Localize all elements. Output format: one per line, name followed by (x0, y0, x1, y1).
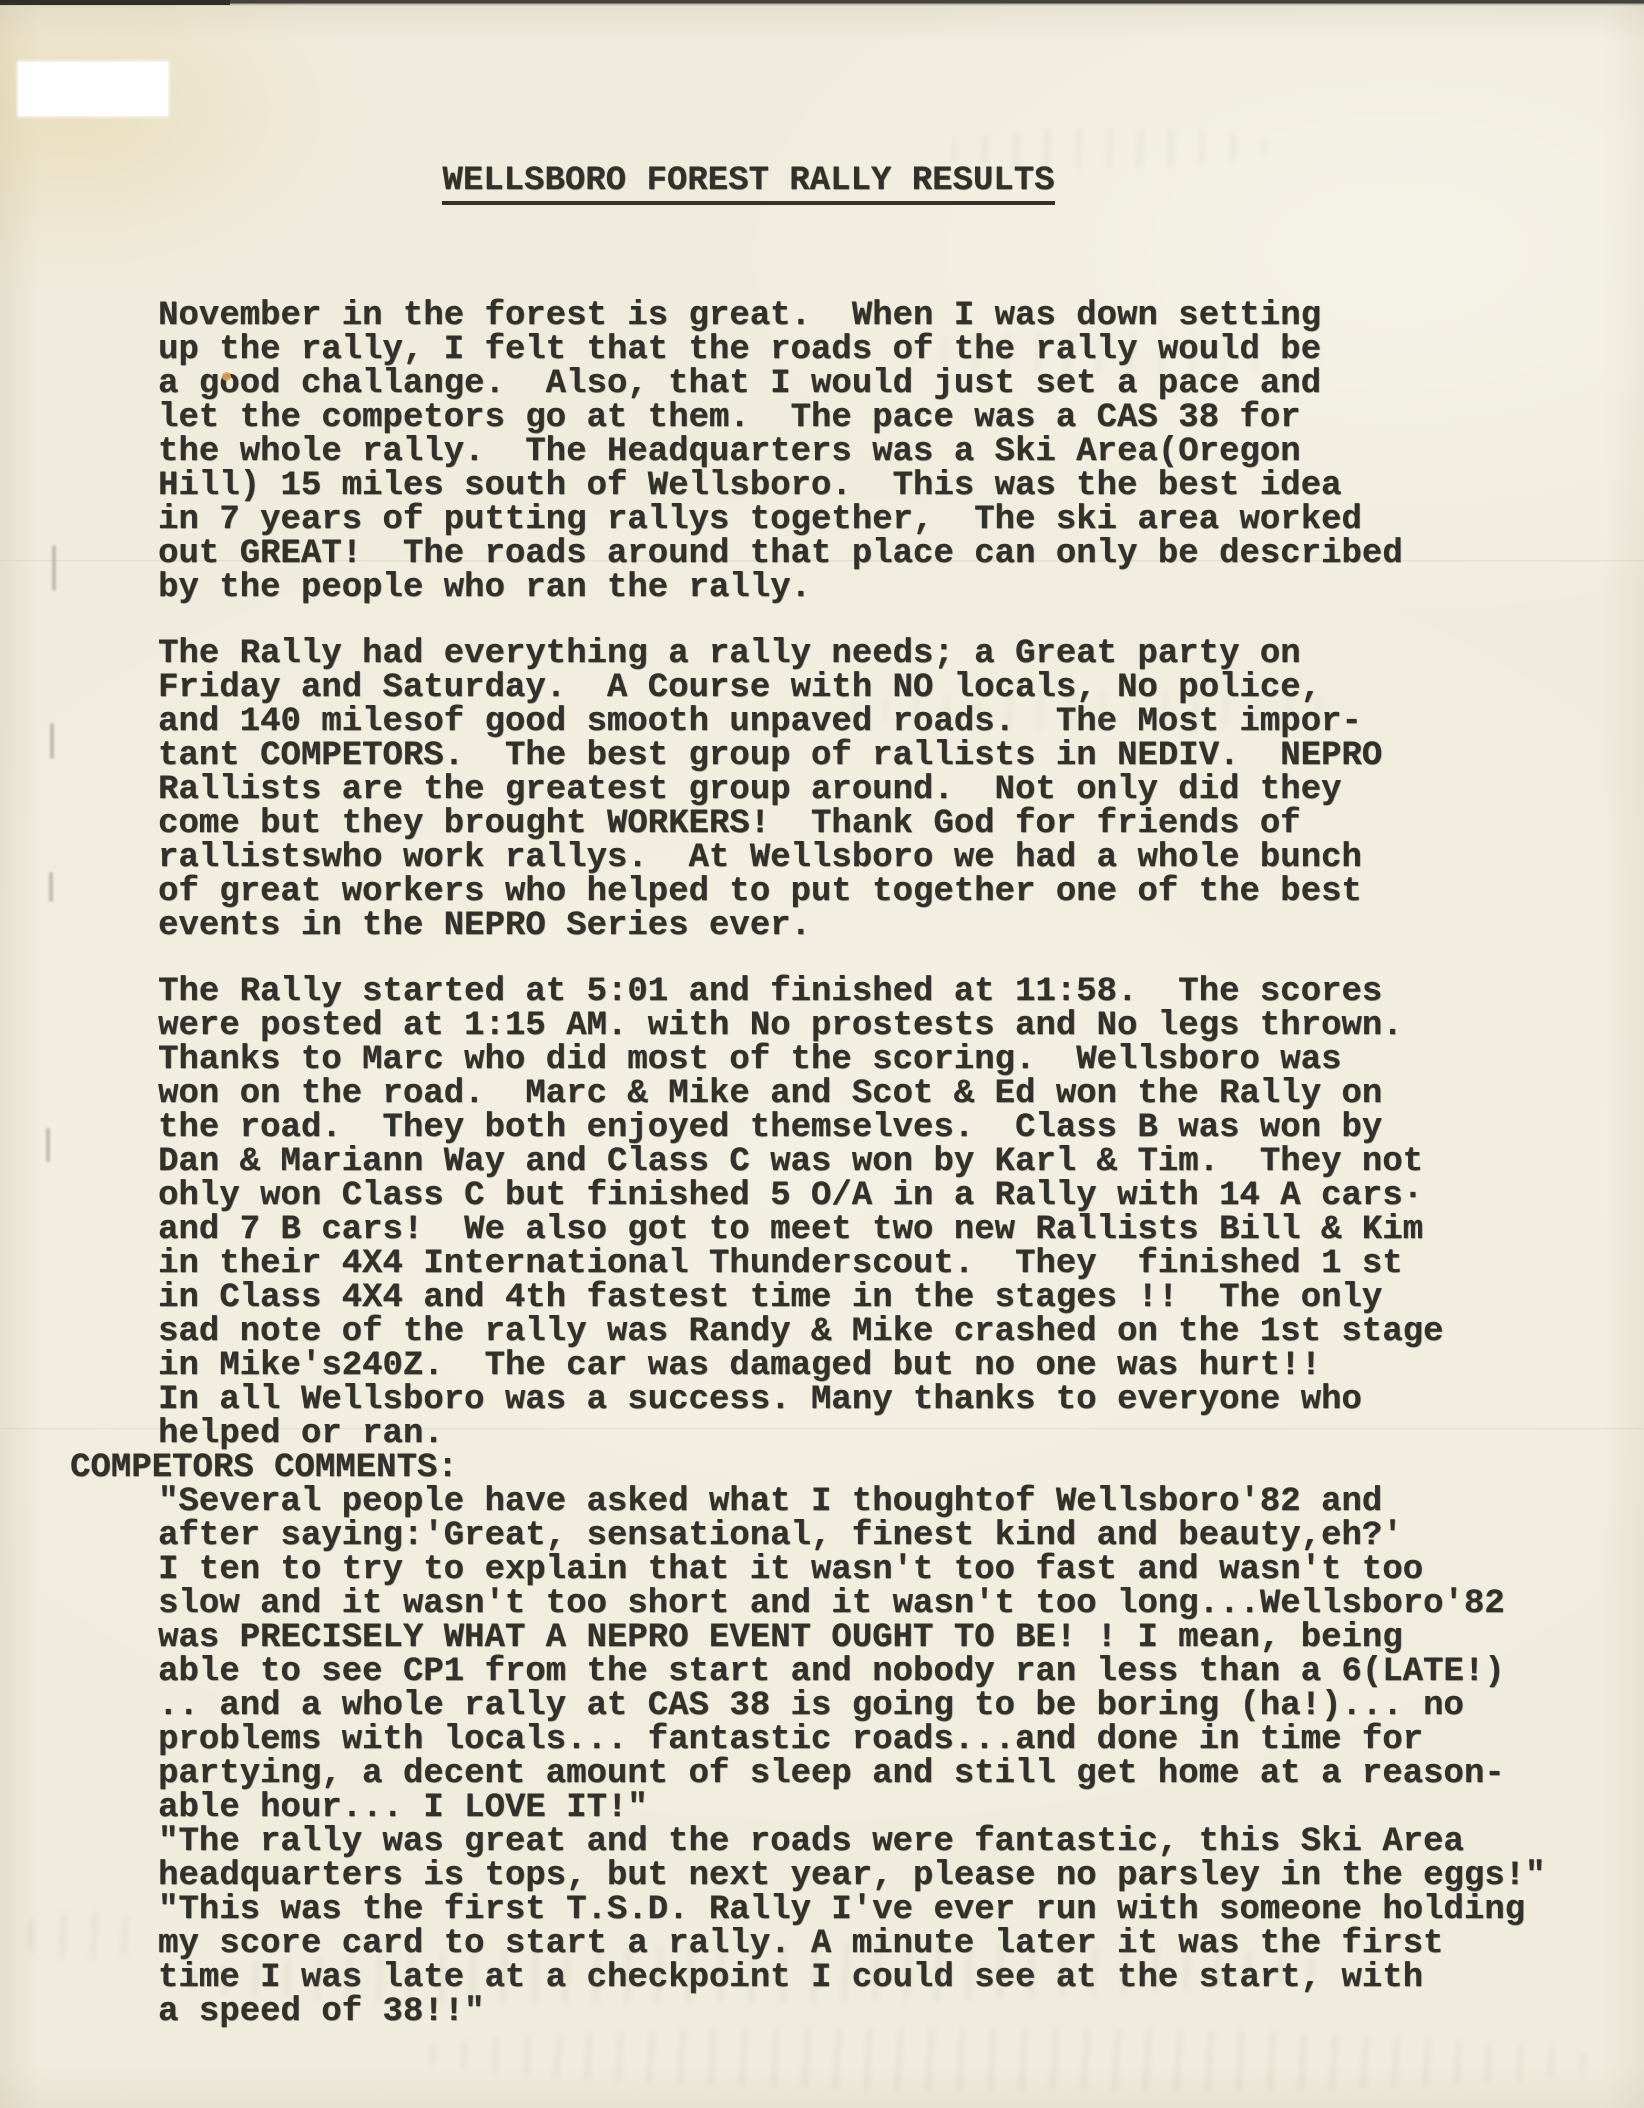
scanned-page: WELLSBORO FOREST RALLY RESULTS November … (0, 0, 1644, 2108)
document-title: WELLSBORO FOREST RALLY RESULTS (158, 130, 1558, 239)
document-text: WELLSBORO FOREST RALLY RESULTS November … (158, 130, 1558, 2029)
document-title-text: WELLSBORO FOREST RALLY RESULTS (442, 164, 1054, 205)
pencil-mark (52, 545, 56, 591)
pencil-mark (50, 723, 54, 759)
comments-heading: COMPETORS COMMENTS: (70, 1451, 1558, 1485)
comments-body: "Several people have asked what I though… (158, 1485, 1558, 2029)
redaction-box (18, 62, 168, 116)
pencil-mark (49, 872, 53, 902)
bleed-through-mark (420, 2024, 1600, 2094)
ink-speck (222, 372, 231, 381)
paragraph-intro: November in the forest is great. When I … (158, 299, 1558, 605)
paragraph-results: The Rally started at 5:01 and finished a… (158, 975, 1558, 1451)
paragraph-rally-had-everything: The Rally had everything a rally needs; … (158, 637, 1558, 943)
pencil-mark (46, 1128, 50, 1162)
bleed-through-mark (18, 1912, 148, 1960)
scan-edge-top (0, 0, 1644, 6)
